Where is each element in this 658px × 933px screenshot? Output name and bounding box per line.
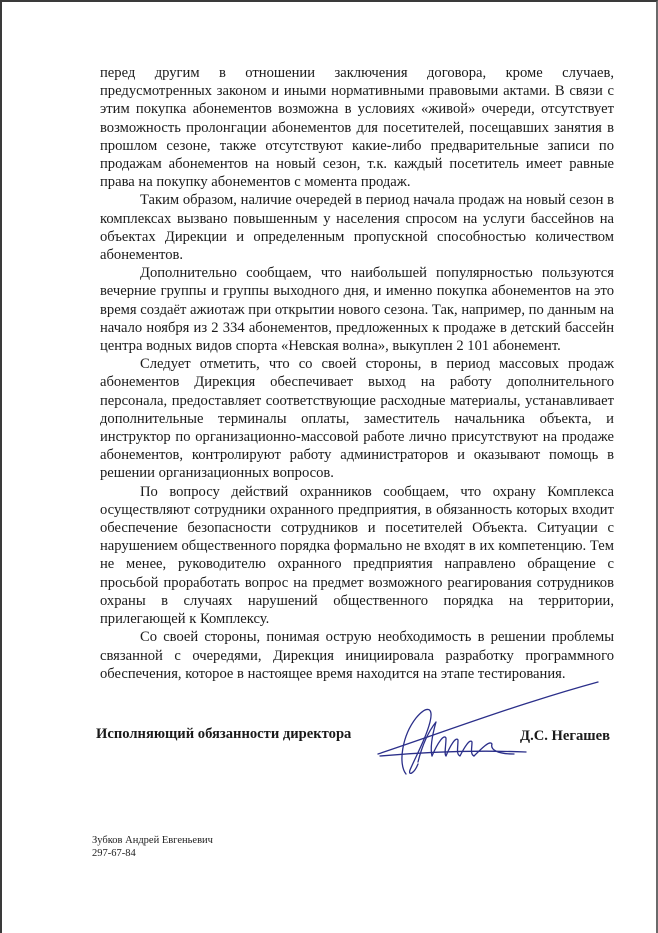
executor-phone: 297-67-84 bbox=[92, 847, 213, 860]
paragraph-security-guards: По вопросу действий охранников сообщаем,… bbox=[100, 483, 614, 629]
executor-name: Зубков Андрей Евгеньевич bbox=[92, 834, 213, 847]
paragraph-queues-conclusion: Таким образом, наличие очередей в период… bbox=[100, 191, 614, 264]
signatory-title: Исполняющий обязанности директора bbox=[96, 726, 351, 743]
letter-body: перед другим в отношении заключения дого… bbox=[100, 64, 614, 683]
executor-info: Зубков Андрей Евгеньевич 297-67-84 bbox=[92, 834, 213, 860]
paragraph-staff-measures: Следует отметить, что со своей стороны, … bbox=[100, 355, 614, 482]
paragraph-software: Со своей стороны, понимая острую необход… bbox=[100, 628, 614, 683]
signatory-name: Д.С. Негашев bbox=[520, 728, 610, 745]
signature-block: Исполняющий обязанности директора Д.С. Н… bbox=[96, 726, 616, 786]
document-page: перед другим в отношении заключения дого… bbox=[0, 0, 658, 933]
paragraph-popularity: Дополнительно сообщаем, что наибольшей п… bbox=[100, 264, 614, 355]
paragraph-continuation: перед другим в отношении заключения дого… bbox=[100, 64, 614, 191]
